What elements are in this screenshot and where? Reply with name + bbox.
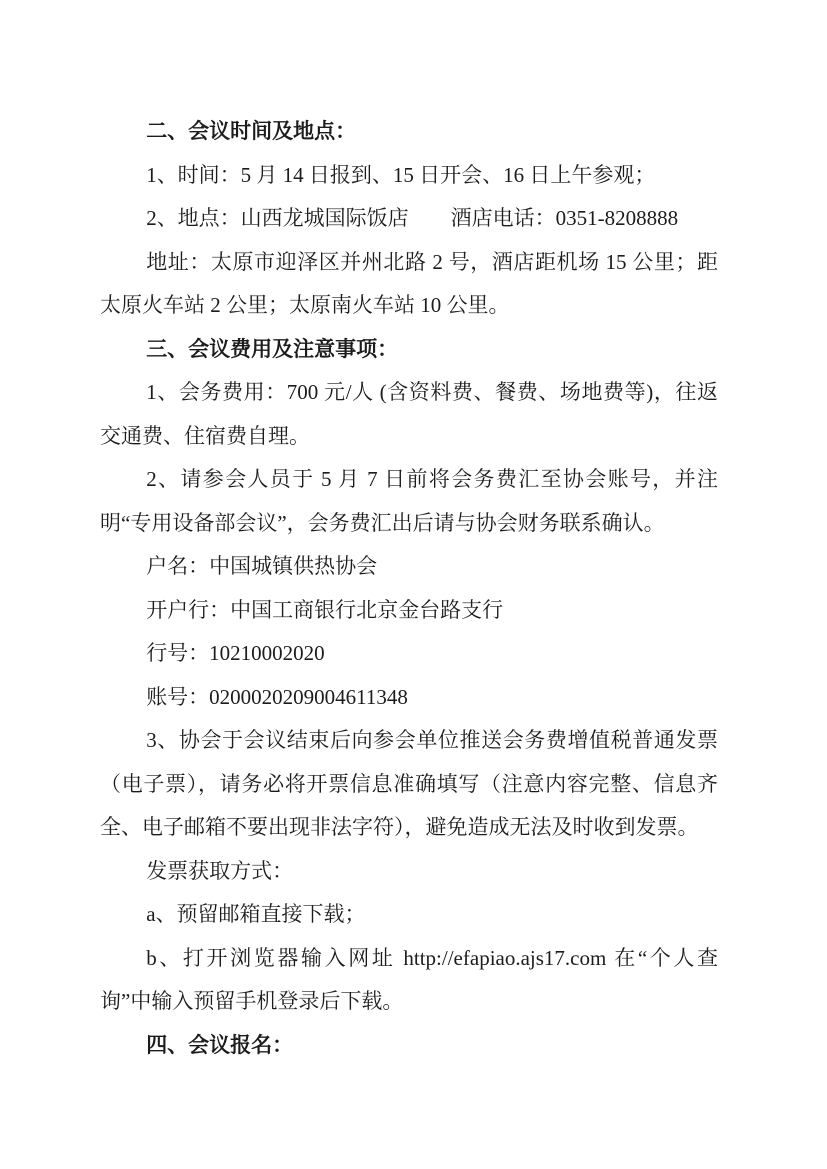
- paragraph: 户名：中国城镇供热协会: [100, 545, 718, 589]
- paragraph: 2、请参会人员于 5 月 7 日前将会务费汇至协会账号，并注明“专用设备部会议”…: [100, 458, 718, 545]
- paragraph: 1、会务费用：700 元/人 (含资料费、餐费、场地费等)，往返交通费、住宿费自…: [100, 371, 718, 458]
- paragraph: 账号：0200020209004611348: [100, 676, 718, 720]
- paragraph: 2、地点：山西龙城国际饭店 酒店电话：0351-8208888: [100, 197, 718, 241]
- section-heading: 三、会议费用及注意事项：: [100, 328, 718, 372]
- paragraph: b、打开浏览器输入网址 http://efapiao.ajs17.com 在“个…: [100, 937, 718, 1024]
- paragraph: 开户行：中国工商银行北京金台路支行: [100, 589, 718, 633]
- document-body: 二、会议时间及地点：1、时间：5 月 14 日报到、15 日开会、16 日上午参…: [100, 0, 718, 1067]
- section-heading: 四、会议报名：: [100, 1024, 718, 1068]
- paragraph: 发票获取方式：: [100, 850, 718, 894]
- paragraph: 3、协会于会议结束后向参会单位推送会务费增值税普通发票（电子票），请务必将开票信…: [100, 719, 718, 850]
- paragraph: a、预留邮箱直接下载；: [100, 893, 718, 937]
- section-heading: 二、会议时间及地点：: [100, 110, 718, 154]
- paragraph: 1、时间：5 月 14 日报到、15 日开会、16 日上午参观；: [100, 154, 718, 198]
- document-page: 二、会议时间及地点：1、时间：5 月 14 日报到、15 日开会、16 日上午参…: [0, 0, 827, 1169]
- paragraph: 地址：太原市迎泽区并州北路 2 号，酒店距机场 15 公里；距太原火车站 2 公…: [100, 241, 718, 328]
- paragraph: 行号：10210002020: [100, 632, 718, 676]
